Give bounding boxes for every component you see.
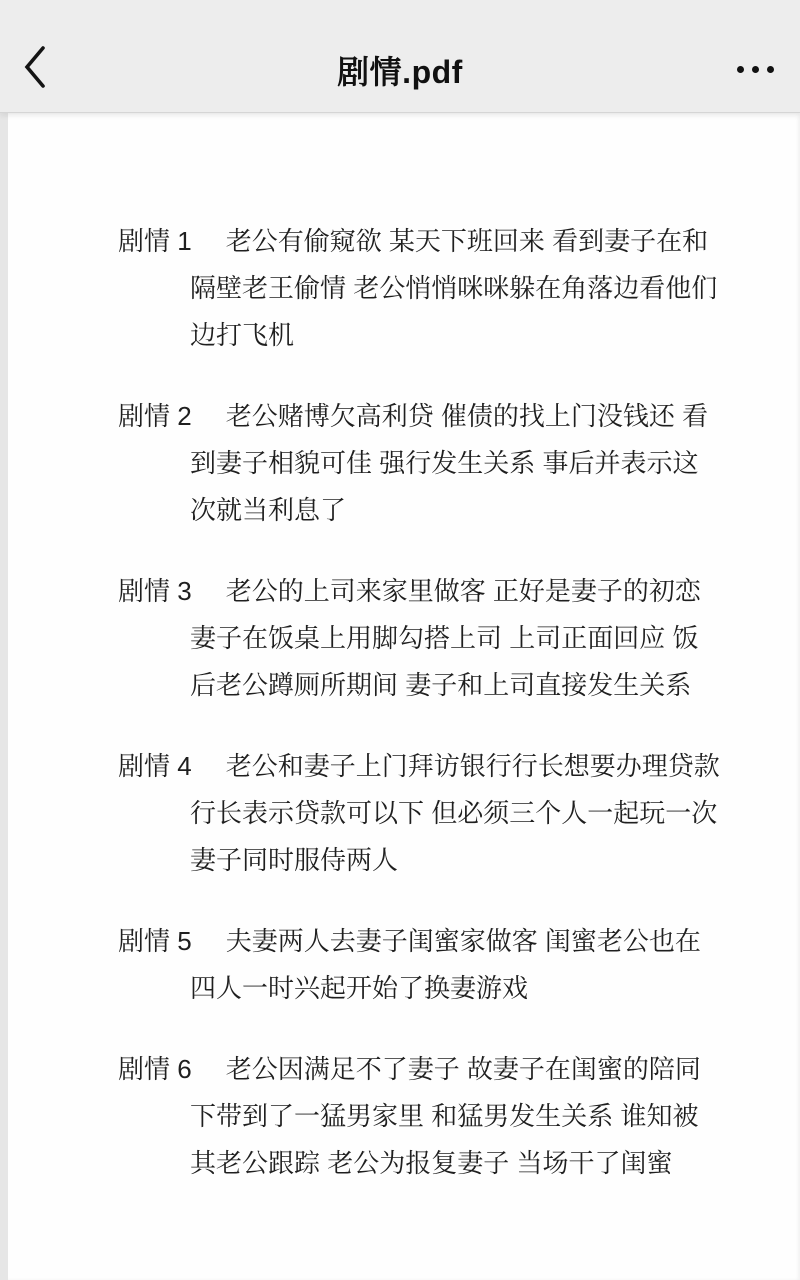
plot-paragraph-4: 剧情 4老公和妻子上门拜访银行行长想要办理贷款 行长表示贷款可以下 但必须三个人… [118,743,720,884]
chevron-left-icon [22,45,48,94]
plot-paragraph-6: 剧情 6老公因满足不了妻子 故妻子在闺蜜的陪同下带到了一猛男家里 和猛男发生关系… [118,1046,720,1187]
plot-label: 剧情 1 [118,226,192,256]
navbar: 剧情.pdf [0,0,800,113]
navbar-row: 剧情.pdf [0,27,800,112]
plot-label: 剧情 4 [118,751,192,781]
ellipsis-icon [767,66,774,73]
plot-paragraph-2: 剧情 2老公赌博欠高利贷 催债的找上门没钱还 看到妻子相貌可佳 强行发生关系 事… [118,393,720,534]
plot-text: 老公和妻子上门拜访银行行长想要办理贷款 行长表示贷款可以下 但必须三个人一起玩一… [190,751,720,875]
document-title: 剧情.pdf [337,47,463,93]
plot-label: 剧情 6 [118,1054,192,1084]
plot-paragraph-5: 剧情 5夫妻两人去妻子闺蜜家做客 闺蜜老公也在 四人一时兴起开始了换妻游戏 [118,918,720,1012]
plot-paragraph-3: 剧情 3老公的上司来家里做客 正好是妻子的初恋 妻子在饭桌上用脚勾搭上司 上司正… [118,568,720,709]
plot-text: 老公有偷窥欲 某天下班回来 看到妻子在和隔壁老王偷情 老公悄悄咪咪躲在角落边看他… [190,226,717,350]
plot-label: 剧情 3 [118,576,192,606]
ellipsis-icon [737,66,744,73]
plot-label: 剧情 2 [118,401,192,431]
pdf-viewport[interactable]: 剧情 1老公有偷窥欲 某天下班回来 看到妻子在和隔壁老王偷情 老公悄悄咪咪躲在角… [0,113,800,1280]
more-options-button[interactable] [724,27,786,112]
plot-label: 剧情 5 [118,926,192,956]
back-button[interactable] [0,27,70,112]
pdf-page: 剧情 1老公有偷窥欲 某天下班回来 看到妻子在和隔壁老王偷情 老公悄悄咪咪躲在角… [8,113,800,1280]
plot-paragraph-1: 剧情 1老公有偷窥欲 某天下班回来 看到妻子在和隔壁老王偷情 老公悄悄咪咪躲在角… [118,218,720,359]
plot-text: 夫妻两人去妻子闺蜜家做客 闺蜜老公也在 四人一时兴起开始了换妻游戏 [190,926,701,1003]
ellipsis-icon [752,66,759,73]
plot-text: 老公的上司来家里做客 正好是妻子的初恋 妻子在饭桌上用脚勾搭上司 上司正面回应 … [190,576,701,700]
plot-text: 老公赌博欠高利贷 催债的找上门没钱还 看到妻子相貌可佳 强行发生关系 事后并表示… [190,401,708,525]
plot-text: 老公因满足不了妻子 故妻子在闺蜜的陪同下带到了一猛男家里 和猛男发生关系 谁知被… [190,1054,701,1178]
